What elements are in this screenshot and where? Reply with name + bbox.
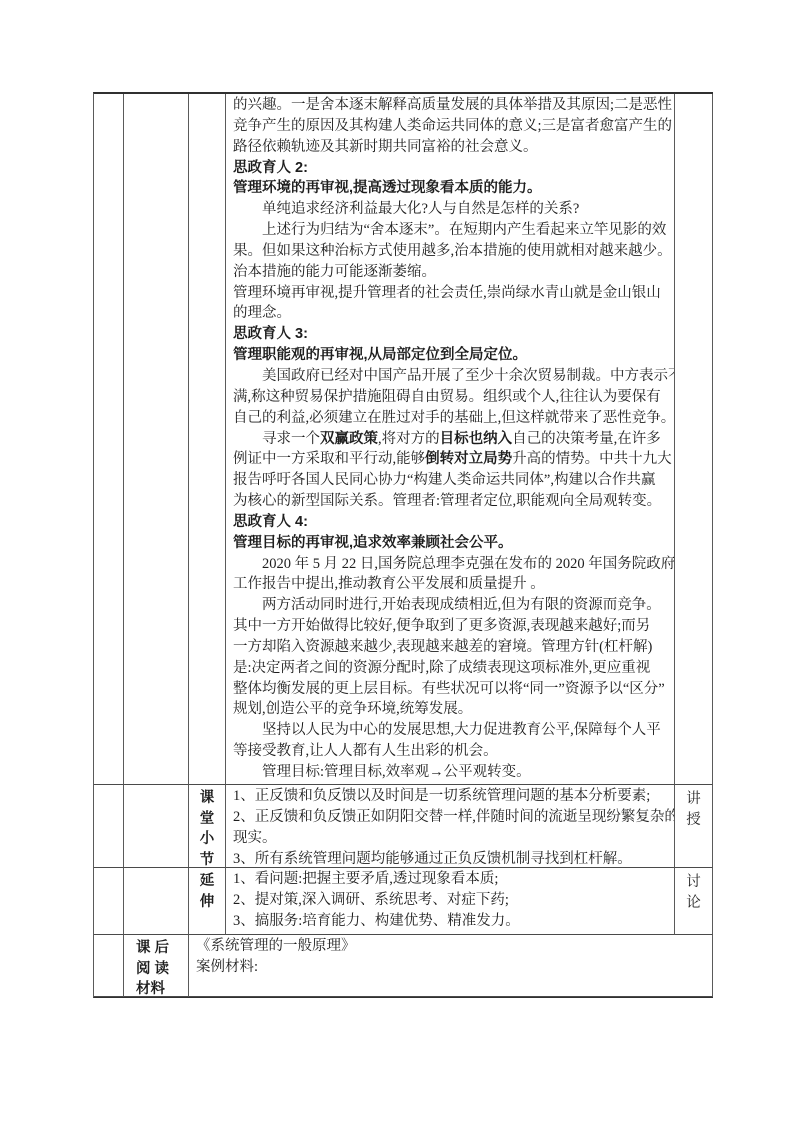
text-line: 满,称这种贸易保护措施阻碍自由贸易。组织或个人,往往认为要保有 [233,387,669,408]
lesson-plan-table: 的兴趣。一是舍本逐末解释高质量发展的具体举措及其原因;二是恶性竞争产生的原因及其… [93,92,713,998]
text-line: 整体均衡发展的更上层目标。有些状况可以将“同一”资源予以“区分” [233,679,669,700]
text-line: 阅 读 [136,959,188,980]
teaching-process-content: 的兴趣。一是舍本逐末解释高质量发展的具体举措及其原因;二是恶性竞争产生的原因及其… [226,94,675,785]
text-line: 管理职能观的再审视,从局部定位到全局定位。 [233,345,669,366]
text-line: 的理念。 [233,303,669,324]
text-line: 寻求一个双赢政策,将对方的目标也纳入自己的决策考量,在许多 [233,429,669,450]
text-line: 管理环境再审视,提升管理者的社会责任,崇尚绿水青山就是金山银山 [233,283,669,304]
text-line: 论 [675,893,712,914]
empty-cell [94,94,124,785]
text-line: 思政育人 2: [233,158,669,179]
after-class-reading-content: 《系统管理的一般原理》案例材料: [189,935,713,997]
text-line: 2、正反馈和负反馈正如阴阳交替一样,伴随时间的流逝呈现纷繁复杂的 [233,807,669,828]
text-line: 授 [675,810,712,831]
text-line: 竞争产生的原因及其构建人类命运共同体的意义;三是富者愈富产生的 [233,116,669,137]
text-line: 单纯追求经济利益最大化?人与自然是怎样的关系? [233,199,669,220]
text-line: 课 [200,788,215,809]
empty-cell [124,94,189,785]
text-line: 3、所有系统管理问题均能够通过正负反馈机制寻找到杠杆解。 [233,849,669,868]
teaching-method-discussion: 讨论 [675,868,713,935]
text-line: 讨 [675,872,712,893]
text-line: 两方活动同时进行,开始表现成绩相近,但为有限的资源而竞争。 [233,595,669,616]
empty-cell [94,785,124,868]
text-line: 坚持以人民为中心的发展思想,大力促进教育公平,保障每个人平 [233,720,669,741]
empty-cell [94,868,124,935]
text-line: 治本措施的能力可能逐渐萎缩。 [233,262,669,283]
text-line: 其中一方开始做得比较好,便争取到了更多资源,表现越来越好;而另 [233,616,669,637]
text-line: 思政育人 3: [233,324,669,345]
extension-content: 1、看问题:把握主要矛盾,透过现象看本质;2、提对策,深入调研、系统思考、对症下… [226,868,675,935]
text-line: 案例材料: [196,957,707,978]
text-line: 自己的利益,必须建立在胜过对手的基础上,但这样就带来了恶性竞争。 [233,408,669,429]
empty-cell [124,868,189,935]
text-line: 例证中一方采取和平行动,能够倒转对立局势升高的情势。中共十九大 [233,449,669,470]
text-line: 规划,创造公平的竞争环境,统筹发展。 [233,699,669,720]
class-summary-content: 1、正反馈和负反馈以及时间是一切系统管理问题的基本分析要素;2、正反馈和负反馈正… [226,785,675,868]
text-line: 上述行为归结为“舍本逐末”。在短期内产生看起来立竿见影的效 [233,220,669,241]
text-line: 路径依赖轨迹及其新时期共同富裕的社会意义。 [233,137,669,158]
text-line: 3、搞服务:培育能力、构建优势、精准发力。 [233,911,669,932]
class-summary-label: 课堂小节 [189,785,226,868]
empty-cell [189,94,226,785]
text-line: 2、提对策,深入调研、系统思考、对症下药; [233,890,669,911]
text-line: 管理目标的再审视,追求效率兼顾社会公平。 [233,533,669,554]
text-line: 现实。 [233,828,669,849]
text-line: 管理环境的再审视,提高透过现象看本质的能力。 [233,178,669,199]
extension-label: 延伸 [189,868,226,935]
text-line: 材料 [136,979,188,997]
text-line: 果。但如果这种治标方式使用越多,治本措施的使用就相对越来越少。 [233,241,669,262]
text-line: 节 [200,850,215,868]
text-line: 1、正反馈和负反馈以及时间是一切系统管理问题的基本分析要素; [233,786,669,807]
text-line: 《系统管理的一般原理》 [196,936,707,957]
text-line: 伸 [200,892,215,913]
text-line: 是:决定两者之间的资源分配时,除了成绩表现这项标准外,更应重视 [233,658,669,679]
text-line: 讲 [675,789,712,810]
text-line: 美国政府已经对中国产品开展了至少十余次贸易制裁。中方表示不 [233,366,669,387]
after-class-reading-label: 课 后阅 读材料 [124,935,189,997]
text-line: 一方却陷入资源越来越少,表现越来越差的窘境。管理方针(杠杆解) [233,637,669,658]
text-line: 为核心的新型国际关系。管理者:管理者定位,职能观向全局观转变。 [233,491,669,512]
text-line: 堂 [200,809,215,830]
empty-cell [675,94,713,785]
text-line: 延 [200,871,215,892]
text-line: 1、看问题:把握主要矛盾,透过现象看本质; [233,869,669,890]
text-line: 工作报告中提出,推动教育公平发展和质量提升 。 [233,574,669,595]
text-line: 管理目标:管理目标,效率观→公平观转变。 [233,762,669,783]
text-line: 小 [200,829,215,850]
text-line: 2020 年 5 月 22 日,国务院总理李克强在发布的 2020 年国务院政府 [233,554,669,575]
text-line: 等接受教育,让人人都有人生出彩的机会。 [233,741,669,762]
text-line: 报告呼吁各国人民同心协力“构建人类命运共同体”,构建以合作共赢 [233,470,669,491]
document-page: 的兴趣。一是舍本逐末解释高质量发展的具体举措及其原因;二是恶性竞争产生的原因及其… [0,0,794,1123]
text-line: 课 后 [136,938,188,959]
empty-cell [124,785,189,868]
teaching-method-lecture: 讲授 [675,785,713,868]
empty-cell [94,935,124,997]
text-line: 的兴趣。一是舍本逐末解释高质量发展的具体举措及其原因;二是恶性 [233,95,669,116]
text-line: 思政育人 4: [233,512,669,533]
